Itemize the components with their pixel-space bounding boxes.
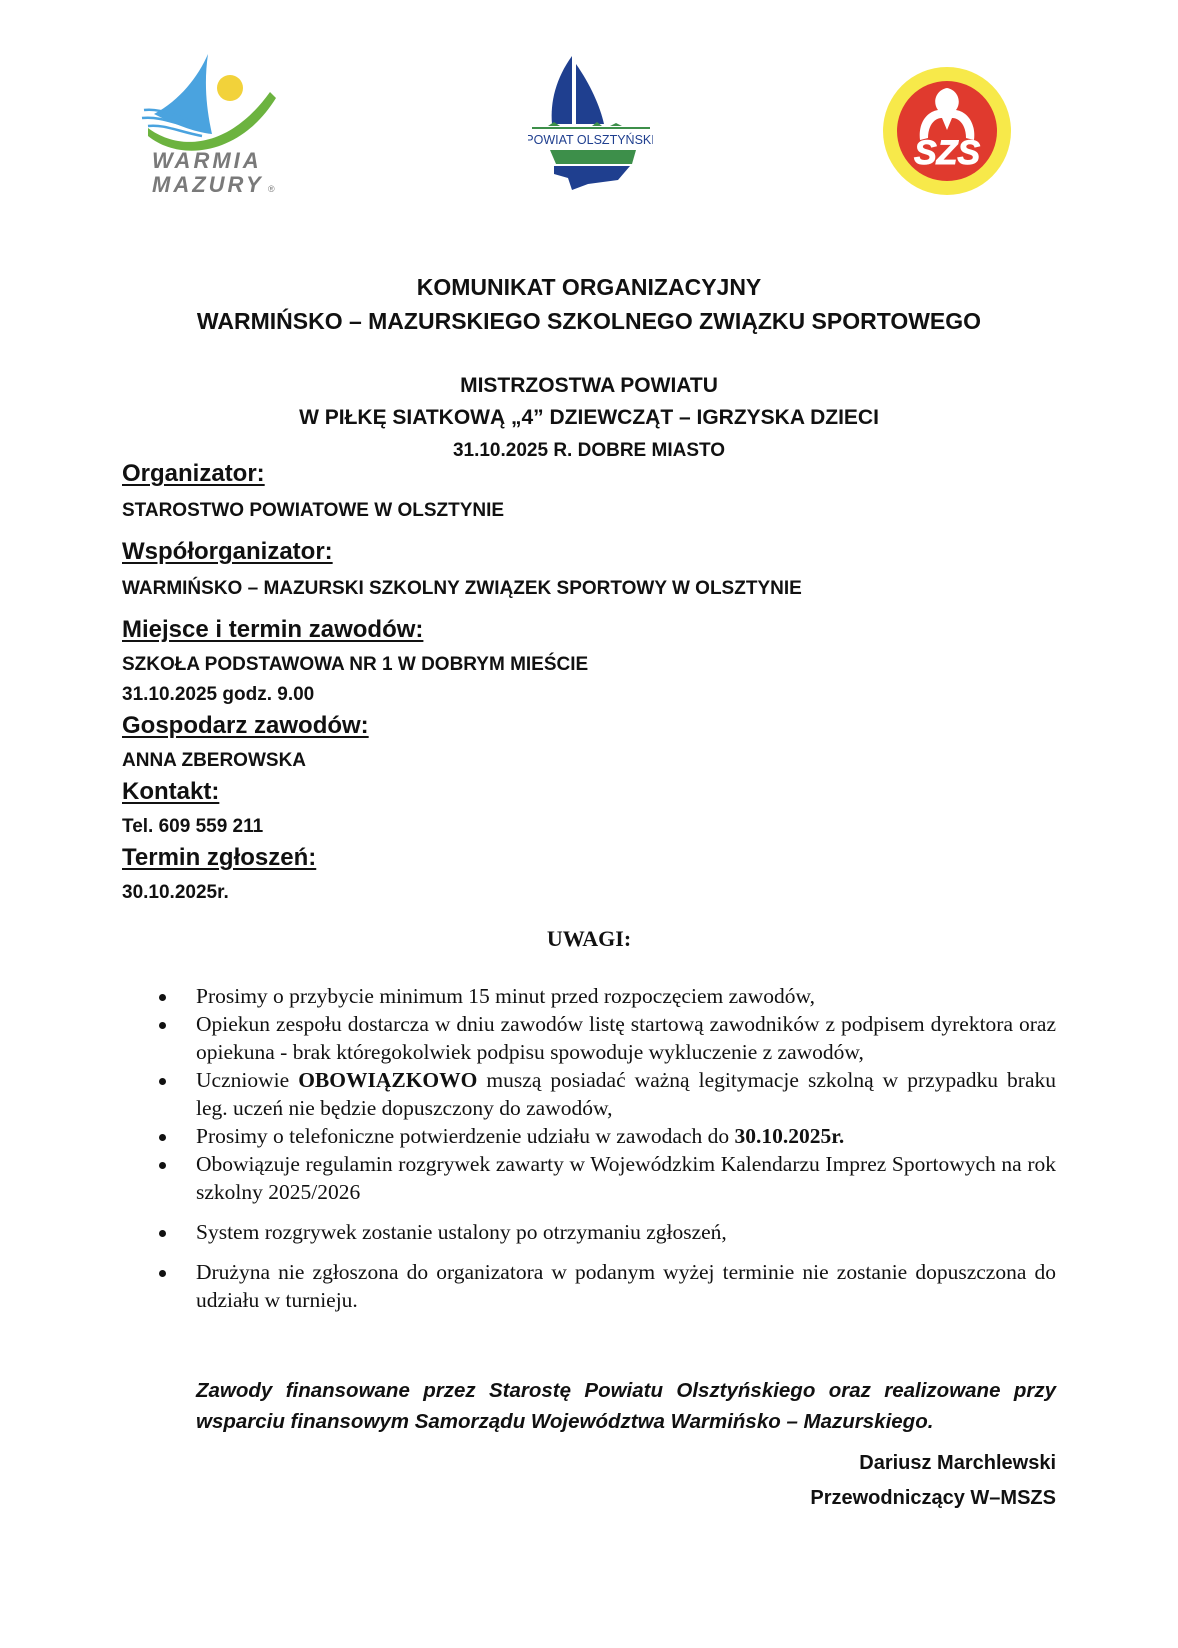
svg-text:SZS: SZS — [914, 134, 980, 172]
organizer-heading: Organizator: — [122, 460, 265, 488]
svg-text:®: ® — [268, 184, 275, 194]
bullet-icon — [159, 1022, 166, 1029]
notes-heading: UWAGI: — [0, 926, 1178, 952]
bullet-icon — [159, 1078, 166, 1085]
co-organizer-heading: Współorganizator: — [122, 538, 333, 566]
list-item: Opiekun zespołu dostarcza w dniu zawodów… — [150, 1010, 1056, 1066]
sailboat-icon: POWIAT OLSZTYŃSKI — [528, 54, 653, 194]
co-organizer-value: WARMIŃSKO – MAZURSKI SZKOLNY ZWIĄZEK SPO… — [122, 578, 802, 600]
bullet-icon — [159, 1162, 166, 1169]
event-title: MISTRZOSTWA POWIATU — [0, 374, 1178, 398]
list-item: Prosimy o przybycie minimum 15 minut prz… — [150, 982, 1056, 1010]
organizer-value: STAROSTWO POWIATOWE W OLSZTYNIE — [122, 500, 504, 522]
event-date-place: 31.10.2025 R. DOBRE MIASTO — [0, 440, 1178, 462]
funding-note: Zawody finansowane przez Starostę Powiat… — [196, 1375, 1056, 1437]
signatory-name: Dariusz Marchlewski — [859, 1452, 1056, 1475]
bullet-icon — [159, 1134, 166, 1141]
list-item: Prosimy o telefoniczne potwierdzenie udz… — [150, 1122, 1056, 1150]
contact-heading: Kontakt: — [122, 778, 219, 806]
host-heading: Gospodarz zawodów: — [122, 712, 369, 740]
list-item: Obowiązuje regulamin rozgrywek zawarty w… — [150, 1150, 1056, 1206]
signatory-title: Przewodniczący W–MSZS — [810, 1487, 1056, 1510]
bullet-icon — [159, 1230, 166, 1237]
svg-text:MAZURY: MAZURY — [152, 172, 264, 197]
svg-text:WARMIA: WARMIA — [152, 148, 262, 173]
notes-list: Prosimy o przybycie minimum 15 minut prz… — [150, 982, 1056, 1314]
list-item: System rozgrywek zostanie ustalony po ot… — [150, 1218, 1056, 1246]
bullet-icon — [159, 1270, 166, 1277]
venue-datetime: 31.10.2025 godz. 9.00 — [122, 684, 314, 706]
host-value: ANNA ZBEROWSKA — [122, 750, 306, 772]
szs-logo: SZS — [876, 60, 1018, 202]
venue-heading: Miejsce i termin zawodów: — [122, 616, 423, 644]
document-title: KOMUNIKAT ORGANIZACYJNY — [0, 274, 1178, 301]
venue-value: SZKOŁA PODSTAWOWA NR 1 W DOBRYM MIEŚCIE — [122, 654, 588, 676]
deadline-heading: Termin zgłoszeń: — [122, 844, 316, 872]
powiat-olsztynski-logo: POWIAT OLSZTYŃSKI — [528, 54, 653, 194]
list-item: Drużyna nie zgłoszona do organizatora w … — [150, 1258, 1056, 1314]
deadline-value: 30.10.2025r. — [122, 882, 229, 904]
sail-sun-icon: WARMIA MAZURY ® — [140, 52, 290, 202]
eagle-emblem-icon: SZS — [876, 60, 1018, 202]
contact-phone: Tel. 609 559 211 — [122, 816, 263, 838]
event-discipline: W PIŁKĘ SIATKOWĄ „4” DZIEWCZĄT – IGRZYSK… — [0, 406, 1178, 430]
warmia-mazury-logo: WARMIA MAZURY ® — [140, 52, 290, 202]
bullet-icon — [159, 994, 166, 1001]
document-subtitle: WARMIŃSKO – MAZURSKIEGO SZKOLNEGO ZWIĄZK… — [0, 308, 1178, 335]
list-item: Uczniowie OBOWIĄZKOWO muszą posiadać waż… — [150, 1066, 1056, 1122]
svg-text:POWIAT OLSZTYŃSKI: POWIAT OLSZTYŃSKI — [528, 132, 653, 147]
